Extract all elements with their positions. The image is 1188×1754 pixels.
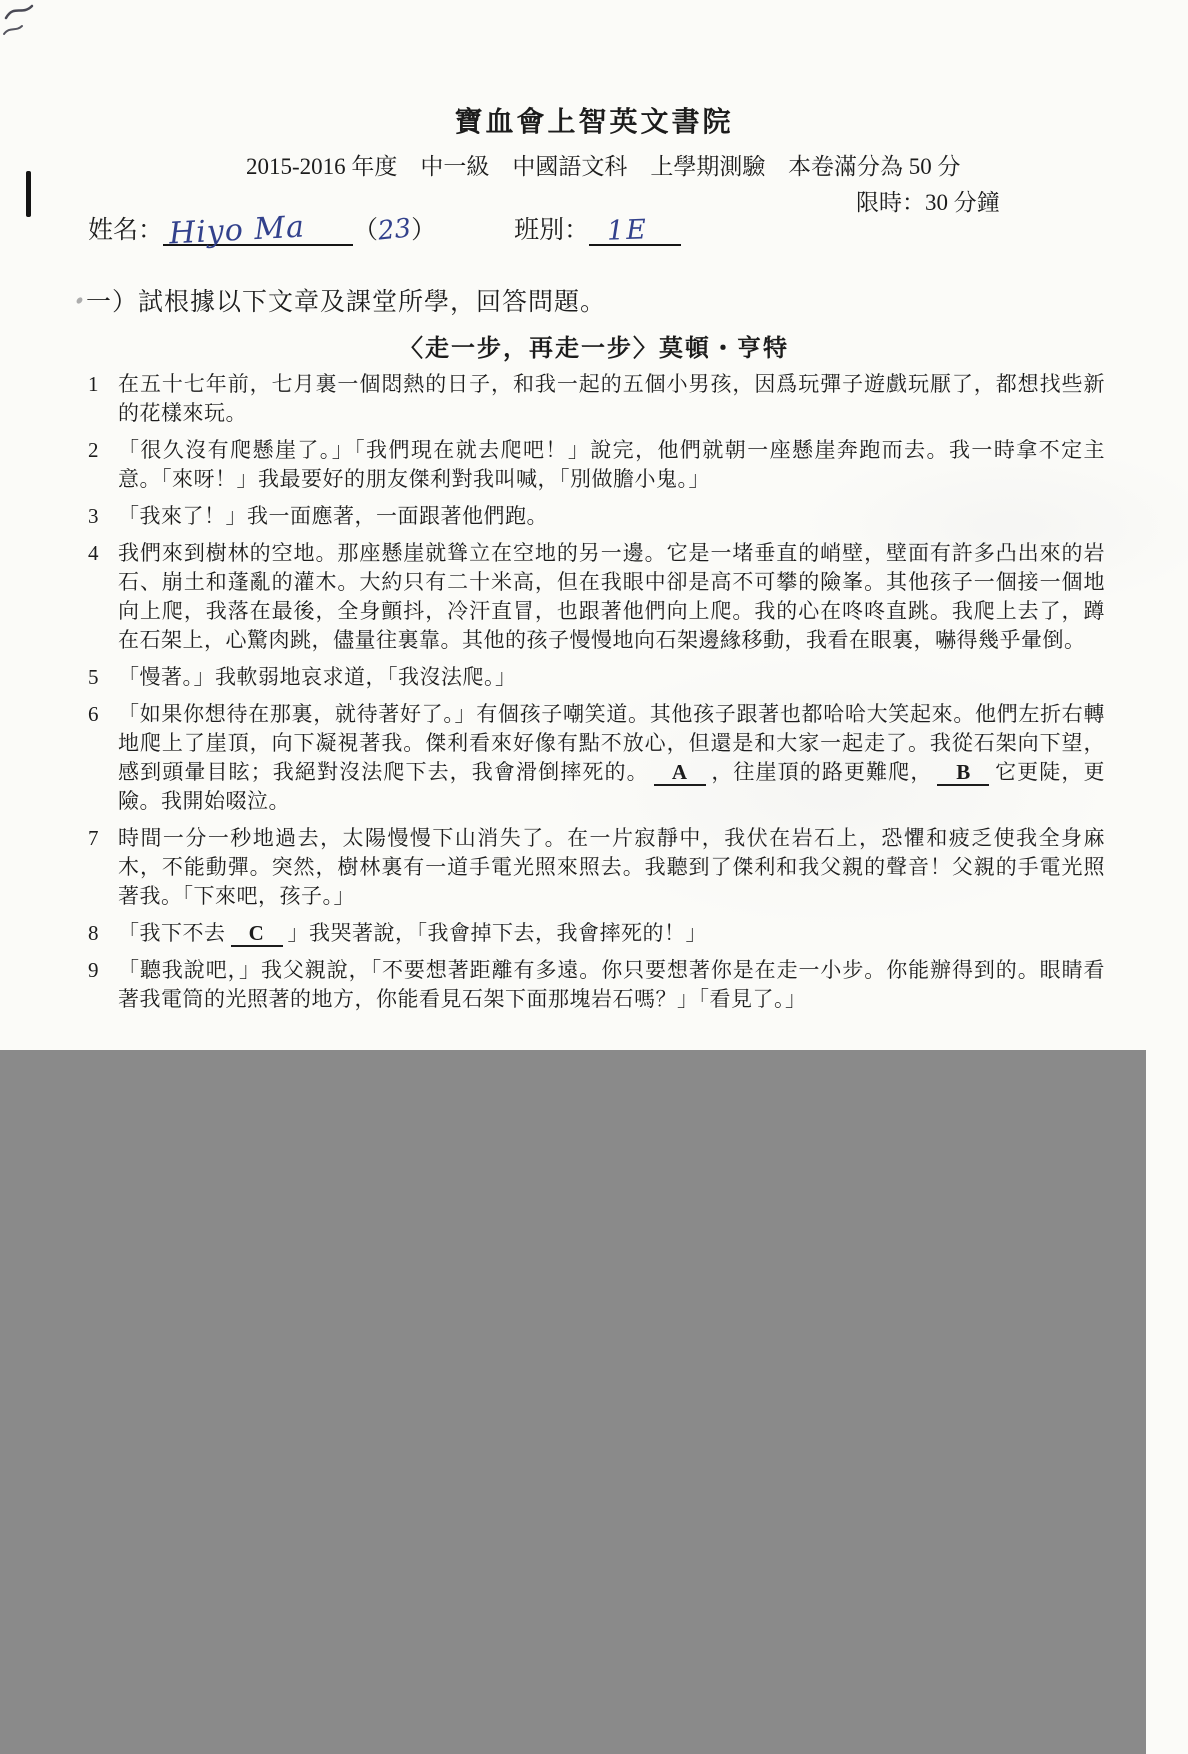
paragraph: 8「我下不去C」我哭著說，「我會掉下去，我會摔死的！」 bbox=[88, 919, 1105, 948]
handwritten-class: 1E bbox=[607, 214, 649, 246]
exam-info-line: 2015-2016 年度 中一級 中國語文科 上學期測驗 bbox=[246, 148, 765, 181]
scan-speck bbox=[75, 296, 83, 305]
answer-blank-A: A bbox=[654, 761, 706, 786]
paragraph-number: 2 bbox=[88, 436, 118, 494]
name-label: 姓名： bbox=[88, 210, 163, 246]
paragraph-number: 9 bbox=[88, 956, 118, 1014]
class-field: 1E bbox=[589, 210, 681, 246]
paragraph-number: 4 bbox=[88, 539, 118, 655]
paragraph-text: 「慢著。」我軟弱地哀求道，「我沒法爬。」 bbox=[118, 663, 1105, 692]
paragraph-number: 7 bbox=[88, 824, 118, 911]
paragraph: 2「很久沒有爬懸崖了。」「我們現在就去爬吧！」說完，他們就朝一座懸崖奔跑而去。我… bbox=[88, 436, 1105, 494]
paragraph-number: 1 bbox=[88, 370, 118, 428]
number-paren-close: ） bbox=[411, 217, 436, 244]
school-name: 寶血會上智英文書院 bbox=[0, 100, 1188, 140]
name-field: Hiyo Ma bbox=[163, 210, 353, 246]
paragraph-text: 「聽我說吧，」我父親說，「不要想著距離有多遠。你只要想著你是在走一小步。你能辦得… bbox=[118, 956, 1105, 1014]
full-marks-note: 本卷滿分為 50 分 bbox=[788, 148, 961, 181]
paragraph-text: 「我下不去C」我哭著說，「我會掉下去，我會摔死的！」 bbox=[118, 919, 1105, 948]
paragraph-text: 「如果你想待在那裏，就待著好了。」有個孩子嘲笑道。其他孩子跟著也都哈哈大笑起來。… bbox=[118, 700, 1105, 816]
pen-scribble-mark bbox=[2, 0, 62, 52]
handwritten-number: 23 bbox=[377, 213, 413, 246]
paragraph-text: 「我來了！」我一面應著，一面跟著他們跑。 bbox=[118, 502, 1105, 531]
section-instruction: 一）試根據以下文章及課堂所學，回答問題。 bbox=[86, 282, 606, 318]
paragraph-text: 「很久沒有爬懸崖了。」「我們現在就去爬吧！」說完，他們就朝一座懸崖奔跑而去。我一… bbox=[118, 436, 1105, 494]
paragraph-list: 1在五十七年前，七月裏一個悶熱的日子，和我一起的五個小男孩，因爲玩彈子遊戲玩厭了… bbox=[88, 370, 1105, 1022]
paragraph-text: 在五十七年前，七月裏一個悶熱的日子，和我一起的五個小男孩，因爲玩彈子遊戲玩厭了，… bbox=[118, 370, 1105, 428]
paragraph-number: 3 bbox=[88, 502, 118, 531]
paragraph: 7時間一分一秒地過去，太陽慢慢下山消失了。在一片寂靜中，我伏在岩石上，恐懼和疲乏… bbox=[88, 824, 1105, 911]
scan-cutoff-area bbox=[0, 1050, 1146, 1754]
paragraph-number: 6 bbox=[88, 700, 118, 816]
paragraph-text: 時間一分一秒地過去，太陽慢慢下山消失了。在一片寂靜中，我伏在岩石上，恐懼和疲乏使… bbox=[118, 824, 1105, 911]
article-title: 〈走一步，再走一步〉莫頓・亨特 bbox=[0, 328, 1188, 363]
answer-blank-C: C bbox=[231, 922, 283, 947]
answer-blank-B: B bbox=[937, 761, 989, 786]
paragraph: 1在五十七年前，七月裏一個悶熱的日子，和我一起的五個小男孩，因爲玩彈子遊戲玩厭了… bbox=[88, 370, 1105, 428]
paragraph-number: 8 bbox=[88, 919, 118, 948]
paragraph: 5「慢著。」我軟弱地哀求道，「我沒法爬。」 bbox=[88, 663, 1105, 692]
paragraph-text: 我們來到樹林的空地。那座懸崖就聳立在空地的另一邊。它是一堵垂直的峭壁，壁面有許多… bbox=[118, 539, 1105, 655]
paragraph: 6「如果你想待在那裏，就待著好了。」有個孩子嘲笑道。其他孩子跟著也都哈哈大笑起來… bbox=[88, 700, 1105, 816]
scanned-test-paper: 寶血會上智英文書院 2015-2016 年度 中一級 中國語文科 上學期測驗 本… bbox=[0, 0, 1188, 1754]
class-label: 班別： bbox=[514, 210, 589, 246]
paragraph: 4我們來到樹林的空地。那座懸崖就聳立在空地的另一邊。它是一堵垂直的峭壁，壁面有許… bbox=[88, 539, 1105, 655]
handwritten-name: Hiyo Ma bbox=[168, 209, 306, 251]
student-info-row: 姓名：Hiyo Ma（23）班別：1E bbox=[88, 210, 1098, 250]
paragraph: 9「聽我說吧，」我父親說，「不要想著距離有多遠。你只要想著你是在走一小步。你能辦… bbox=[88, 956, 1105, 1014]
paragraph: 3「我來了！」我一面應著，一面跟著他們跑。 bbox=[88, 502, 1105, 531]
paragraph-number: 5 bbox=[88, 663, 118, 692]
scan-artifact-bar bbox=[26, 171, 31, 217]
number-paren-open: （ bbox=[353, 217, 378, 244]
